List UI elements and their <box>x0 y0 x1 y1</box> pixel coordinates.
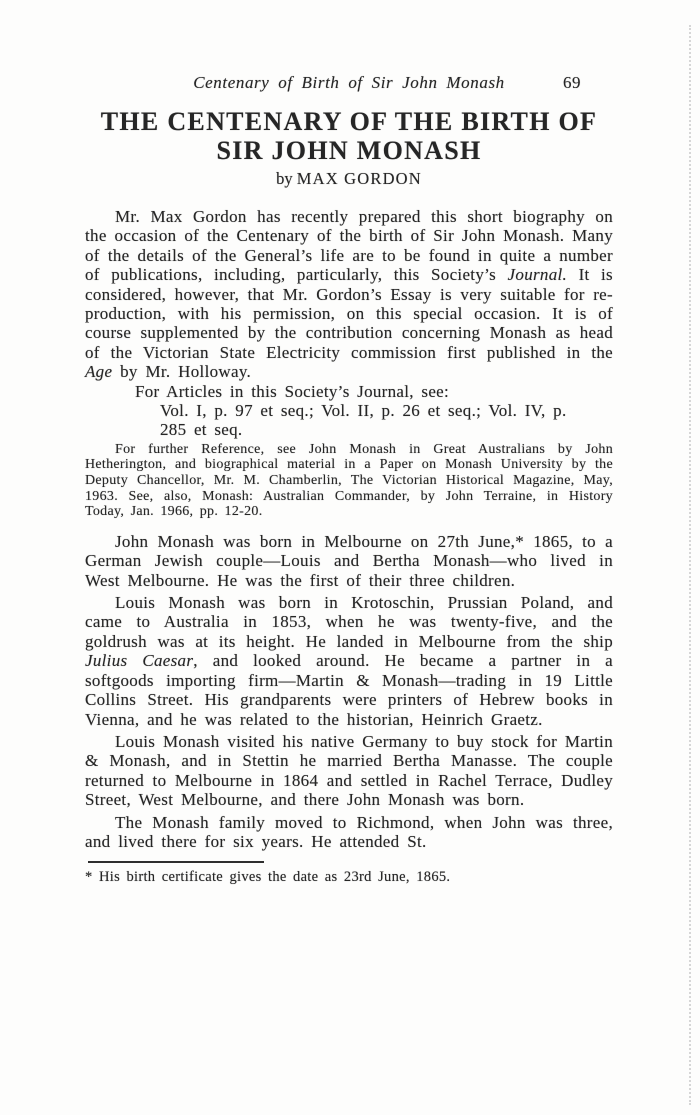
intro-paragraph: Mr. Max Gordon has recently prepared thi… <box>85 207 613 382</box>
ship-name-italic: Julius Caesar <box>85 651 193 670</box>
scanned-book-page: Centenary of Birth of Sir John Monash69 … <box>0 0 700 1115</box>
article-title-line2: SIR JOHN MONASH <box>85 136 613 165</box>
running-head: Centenary of Birth of Sir John Monash69 <box>85 72 613 93</box>
journal-title-italic: Journal. <box>508 265 568 284</box>
byline-prefix: by <box>276 169 293 188</box>
footnote-text: His birth certificate gives the date as … <box>99 869 450 885</box>
byline-author: MAX GORDON <box>297 169 422 188</box>
age-title-italic: Age <box>85 362 112 381</box>
journal-articles-references: Vol. I, p. 97 et seq.; Vol. II, p. 26 et… <box>160 401 578 440</box>
footnote-rule <box>88 861 264 863</box>
page-number: 69 <box>563 72 581 93</box>
text-run: by Mr. Holloway. <box>112 362 251 381</box>
text-run: Louis Monash was born in Krotoschin, Pru… <box>85 593 613 651</box>
paragraph-louis-origin: Louis Monash was born in Krotoschin, Pru… <box>85 593 613 729</box>
footnote-marker: * <box>85 869 93 885</box>
running-head-title: Centenary of Birth of Sir John Monash <box>193 73 505 92</box>
scan-binding-edge-artifact <box>689 25 691 1105</box>
further-references-note: For further Reference, see John Monash i… <box>85 442 613 520</box>
article-title: THE CENTENARY OF THE BIRTH OFSIR JOHN MO… <box>85 107 613 165</box>
paragraph-richmond: The Monash family moved to Richmond, whe… <box>85 813 613 852</box>
paragraph-birth: John Monash was born in Melbourne on 27t… <box>85 532 613 590</box>
paragraph-louis-marriage: Louis Monash visited his native Germany … <box>85 732 613 810</box>
article-title-line1: THE CENTENARY OF THE BIRTH OF <box>85 107 613 136</box>
journal-articles-lead: For Articles in this Society’s Journal, … <box>135 382 613 401</box>
byline: by MAX GORDON <box>85 168 613 189</box>
footnote: * His birth certificate gives the date a… <box>85 868 613 886</box>
